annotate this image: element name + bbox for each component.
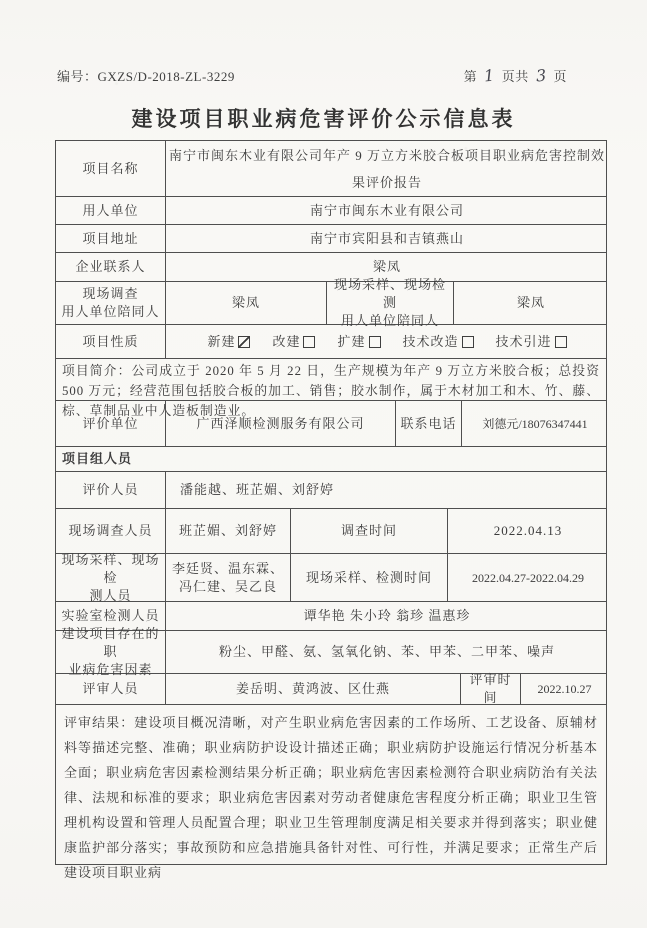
- handwritten-total-pages: 3: [532, 65, 550, 85]
- review-conclusion-paragraph: 评审结果：建设项目概况清晰，对产生职业病危害因素的工作场所、工艺设备、原辅材料等…: [56, 705, 606, 864]
- doc-number: 编号：GXZS/D-2018-ZL-3229: [57, 66, 235, 85]
- cell-label: 现场采样、现场检 测人员: [56, 554, 166, 601]
- cell-options: 新建 改建 扩建 技术改造: [166, 325, 608, 358]
- cell-value: 广西泽顺检测服务有限公司: [166, 401, 396, 446]
- checkbox-technical-renovation-icon: [462, 336, 474, 348]
- row-hazard-factors: 建设项目存在的职 业病危害因素 粉尘、甲醛、氨、氢氧化钠、苯、甲苯、二甲苯、噪声: [56, 631, 606, 674]
- cell-value: 谭华艳 朱小玲 翁珍 温惠珍: [166, 602, 608, 630]
- option-new-construction: 新建: [207, 333, 250, 351]
- cell-value: 南宁市闽东木业有限公司年产 9 万立方米胶合板项目职业病危害控制效果评价报告: [166, 141, 608, 196]
- cell-label: 建设项目存在的职 业病危害因素: [56, 631, 166, 673]
- cell-value: 南宁市闽东木业有限公司: [166, 197, 608, 224]
- info-table: 项目名称 南宁市闽东木业有限公司年产 9 万立方米胶合板项目职业病危害控制效果评…: [55, 140, 607, 865]
- row-survey-staff: 现场调查人员 班芷媚、刘舒婷 调查时间 2022.04.13: [56, 509, 606, 554]
- row-sampling-staff: 现场采样、现场检 测人员 李廷贤、温东霖、 冯仁建、吴乙良 现场采样、检测时间 …: [56, 554, 606, 602]
- row-team-header: 项目组人员: [56, 447, 606, 472]
- cell-value: 李廷贤、温东霖、 冯仁建、吴乙良: [166, 554, 291, 601]
- cell-label: 现场调查人员: [56, 509, 166, 553]
- checkbox-reconstruction-icon: [303, 336, 315, 348]
- option-technology-import: 技术引进: [496, 333, 567, 351]
- row-review-staff: 评审人员 姜岳明、黄鸿波、区仕燕 评审时间 2022.10.27: [56, 674, 606, 705]
- row-project-intro: 项目简介：公司成立于 2020 年 5 月 22 日，生产规模为年产 9 万立方…: [56, 359, 606, 401]
- cell-value: 梁凤: [454, 282, 608, 324]
- cell-value: 2022.04.13: [448, 509, 608, 553]
- cell-value: 刘德元/18076347441: [462, 401, 608, 446]
- cell-value: 粉尘、甲醛、氨、氢氧化钠、苯、甲苯、二甲苯、噪声: [166, 631, 608, 673]
- page-indicator: 第 1 页共 3 页: [464, 66, 567, 85]
- document-header: 编号：GXZS/D-2018-ZL-3229 第 1 页共 3 页: [57, 64, 607, 86]
- row-address: 项目地址 南宁市宾阳县和吉镇燕山: [56, 225, 606, 253]
- row-project-nature: 项目性质 新建 改建 扩建 技术改造: [56, 325, 606, 359]
- cell-label: 现场采样、现场检测 用人单位陪同人: [327, 282, 454, 324]
- checkbox-technology-import-icon: [555, 336, 567, 348]
- team-section-header: 项目组人员: [56, 447, 606, 471]
- row-review-conclusion: 评审结果：建设项目概况清晰，对产生职业病危害因素的工作场所、工艺设备、原辅材料等…: [56, 705, 606, 864]
- row-employer: 用人单位 南宁市闽东木业有限公司: [56, 197, 606, 225]
- cell-value: 2022.04.27-2022.04.29: [448, 554, 608, 601]
- cell-label: 评审人员: [56, 674, 166, 704]
- cell-value: 班芷媚、刘舒婷: [166, 509, 291, 553]
- cell-value: 姜岳明、黄鸿波、区仕燕: [166, 674, 461, 704]
- row-project-name: 项目名称 南宁市闽东木业有限公司年产 9 万立方米胶合板项目职业病危害控制效果评…: [56, 141, 606, 197]
- row-accompany: 现场调查 用人单位陪同人 梁凤 现场采样、现场检测 用人单位陪同人 梁凤: [56, 282, 606, 325]
- page-middle: 页共: [502, 66, 529, 85]
- cell-label: 现场采样、检测时间: [291, 554, 448, 601]
- cell-label: 现场调查 用人单位陪同人: [56, 282, 166, 324]
- row-evaluator: 评价单位 广西泽顺检测服务有限公司 联系电话 刘德元/18076347441: [56, 401, 606, 447]
- page-title: 建设项目职业病危害评价公示信息表: [0, 103, 647, 133]
- cell-value: 潘能越、班芷媚、刘舒婷: [166, 472, 608, 508]
- page-prefix: 第: [464, 66, 478, 85]
- cell-label: 联系电话: [396, 401, 462, 446]
- cell-label: 评价人员: [56, 472, 166, 508]
- option-reconstruction: 改建: [272, 333, 315, 351]
- cell-label: 评价单位: [56, 401, 166, 446]
- cell-label: 项目性质: [56, 325, 166, 358]
- page-suffix: 页: [553, 66, 567, 85]
- option-expansion: 扩建: [337, 333, 380, 351]
- cell-label: 用人单位: [56, 197, 166, 224]
- checkbox-new-construction-checked-icon: [238, 336, 250, 348]
- cell-label: 调查时间: [291, 509, 448, 553]
- scanned-document-page: 编号：GXZS/D-2018-ZL-3229 第 1 页共 3 页 建设项目职业…: [0, 0, 647, 928]
- checkbox-expansion-icon: [369, 336, 381, 348]
- row-eval-staff: 评价人员 潘能越、班芷媚、刘舒婷: [56, 472, 606, 509]
- project-intro-paragraph: 项目简介：公司成立于 2020 年 5 月 22 日，生产规模为年产 9 万立方…: [56, 359, 606, 400]
- cell-label: 评审时间: [461, 674, 521, 704]
- cell-value: 梁凤: [166, 282, 327, 324]
- cell-label: 项目名称: [56, 141, 166, 196]
- option-technical-renovation: 技术改造: [403, 333, 474, 351]
- cell-label: 企业联系人: [56, 253, 166, 281]
- cell-value: 2022.10.27: [521, 674, 608, 704]
- cell-value: 南宁市宾阳县和吉镇燕山: [166, 225, 608, 252]
- cell-label: 项目地址: [56, 225, 166, 252]
- handwritten-current-page: 1: [480, 65, 498, 85]
